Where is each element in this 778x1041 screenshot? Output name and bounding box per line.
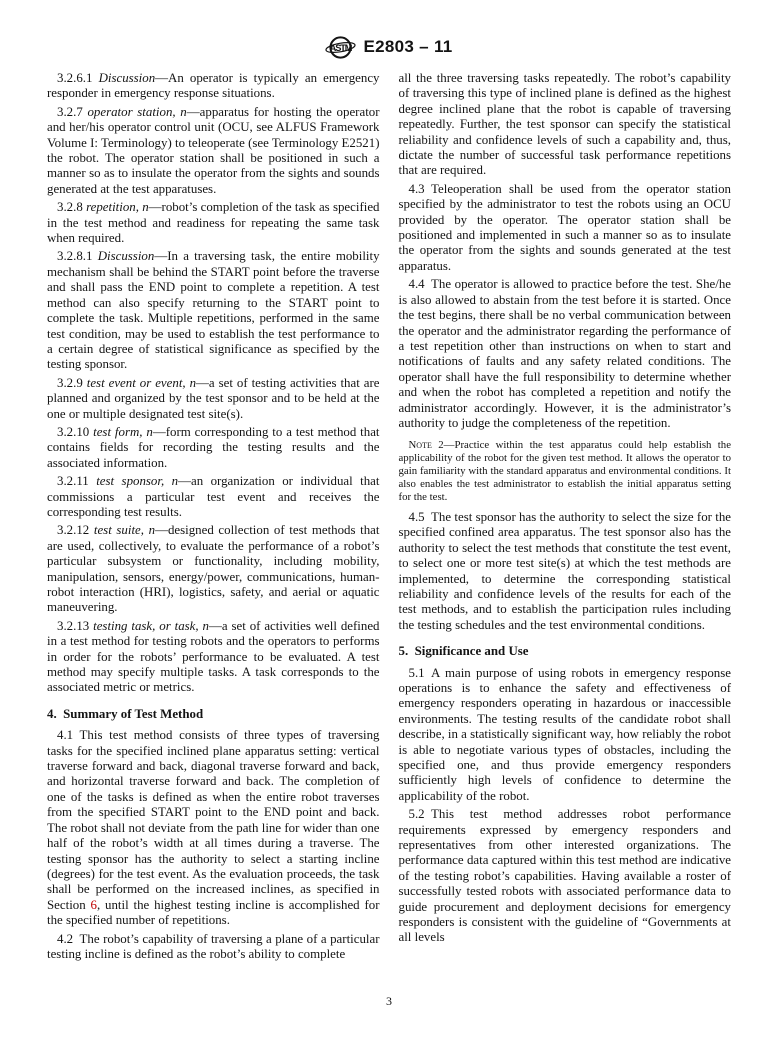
body-paragraph: 3.2.13 testing task, or task, n—a set of… xyxy=(47,619,380,696)
text-run: 4. Summary of Test Method xyxy=(47,707,203,721)
text-run: 5.1 A main purpose of using robots in em… xyxy=(399,666,732,803)
section-heading: 4. Summary of Test Method xyxy=(47,707,380,722)
text-run: 4.4 The operator is allowed to practice … xyxy=(399,277,732,430)
text-run: 3.2.7 xyxy=(57,105,87,119)
body-paragraph: 5.1 A main purpose of using robots in em… xyxy=(399,666,732,805)
text-run: 3.2.13 xyxy=(57,619,93,633)
text-columns: 3.2.6.1 Discussion—An operator is typica… xyxy=(47,71,731,962)
text-run: Note 2 xyxy=(409,439,444,451)
text-run: test event or event, n xyxy=(87,376,196,390)
body-paragraph: 5.2 This test method addresses robot per… xyxy=(399,807,732,946)
body-paragraph: 4.1 This test method consists of three t… xyxy=(47,728,380,928)
body-paragraph: 4.2 The robot’s capability of traversing… xyxy=(47,932,380,963)
text-run: repetition, n xyxy=(86,200,149,214)
body-paragraph: 4.4 The operator is allowed to practice … xyxy=(399,277,732,431)
body-paragraph: 3.2.6.1 Discussion—An operator is typica… xyxy=(47,71,380,102)
text-run: —In a traversing task, the entire mobili… xyxy=(47,249,380,371)
text-run: test sponsor, n xyxy=(96,474,178,488)
body-paragraph: 3.2.9 test event or event, n—a set of te… xyxy=(47,376,380,422)
svg-text:ASTM: ASTM xyxy=(330,42,353,52)
body-paragraph: 3.2.8 repetition, n—robot’s completion o… xyxy=(47,200,380,246)
text-run: operator station, n xyxy=(87,105,186,119)
text-run: 5. Significance and Use xyxy=(399,644,529,658)
text-run: 5.2 This test method addresses robot per… xyxy=(399,807,732,944)
text-run: 3.2.10 xyxy=(57,425,93,439)
body-paragraph: 3.2.11 test sponsor, n—an organization o… xyxy=(47,474,380,520)
text-run: 3.2.11 xyxy=(57,474,96,488)
text-run: 3.2.6.1 xyxy=(57,71,99,85)
text-run: testing task, or task, n xyxy=(93,619,209,633)
body-paragraph: 3.2.10 test form, n—form corresponding t… xyxy=(47,425,380,471)
left-column: 3.2.6.1 Discussion—An operator is typica… xyxy=(47,71,380,962)
body-paragraph: 3.2.8.1 Discussion—In a traversing task,… xyxy=(47,249,380,372)
body-paragraph: all the three traversing tasks repeatedl… xyxy=(399,71,732,179)
text-run: 3.2.9 xyxy=(57,376,87,390)
body-paragraph: 4.3 Teleoperation shall be used from the… xyxy=(399,182,732,274)
note-paragraph: Note 2—Practice within the test apparatu… xyxy=(399,439,732,504)
text-run: Discussion xyxy=(98,249,155,263)
section-heading: 5. Significance and Use xyxy=(399,644,732,659)
text-run: 3.2.12 xyxy=(57,523,94,537)
document-header: ASTM E2803 – 11 xyxy=(0,30,778,64)
text-run: all the three traversing tasks repeatedl… xyxy=(399,71,732,177)
text-run: , until the highest testing incline is a… xyxy=(47,898,380,927)
text-run: test form, n xyxy=(93,425,153,439)
page-number: 3 xyxy=(0,994,778,1009)
body-paragraph: 3.2.7 operator station, n—apparatus for … xyxy=(47,105,380,197)
body-paragraph: 3.2.12 test suite, n—designed collection… xyxy=(47,523,380,615)
body-paragraph: 4.5 The test sponsor has the authority t… xyxy=(399,510,732,633)
astm-logo-icon: ASTM xyxy=(325,32,356,63)
text-run: —Practice within the test apparatus coul… xyxy=(399,439,732,503)
text-run: test suite, n xyxy=(94,523,155,537)
text-run: 3.2.8.1 xyxy=(57,249,98,263)
text-run: 4.2 The robot’s capability of traversing… xyxy=(47,932,380,961)
right-column: all the three traversing tasks repeatedl… xyxy=(399,71,732,962)
text-run: Discussion xyxy=(99,71,156,85)
text-run: 4.5 The test sponsor has the authority t… xyxy=(399,510,732,632)
text-run: 4.1 This test method consists of three t… xyxy=(47,728,380,911)
text-run: 3.2.8 xyxy=(57,200,86,214)
text-run: 4.3 Teleoperation shall be used from the… xyxy=(399,182,732,273)
document-code: E2803 – 11 xyxy=(363,37,452,57)
document-page: ASTM E2803 – 11 3.2.6.1 Discussion—An op… xyxy=(0,0,778,1041)
